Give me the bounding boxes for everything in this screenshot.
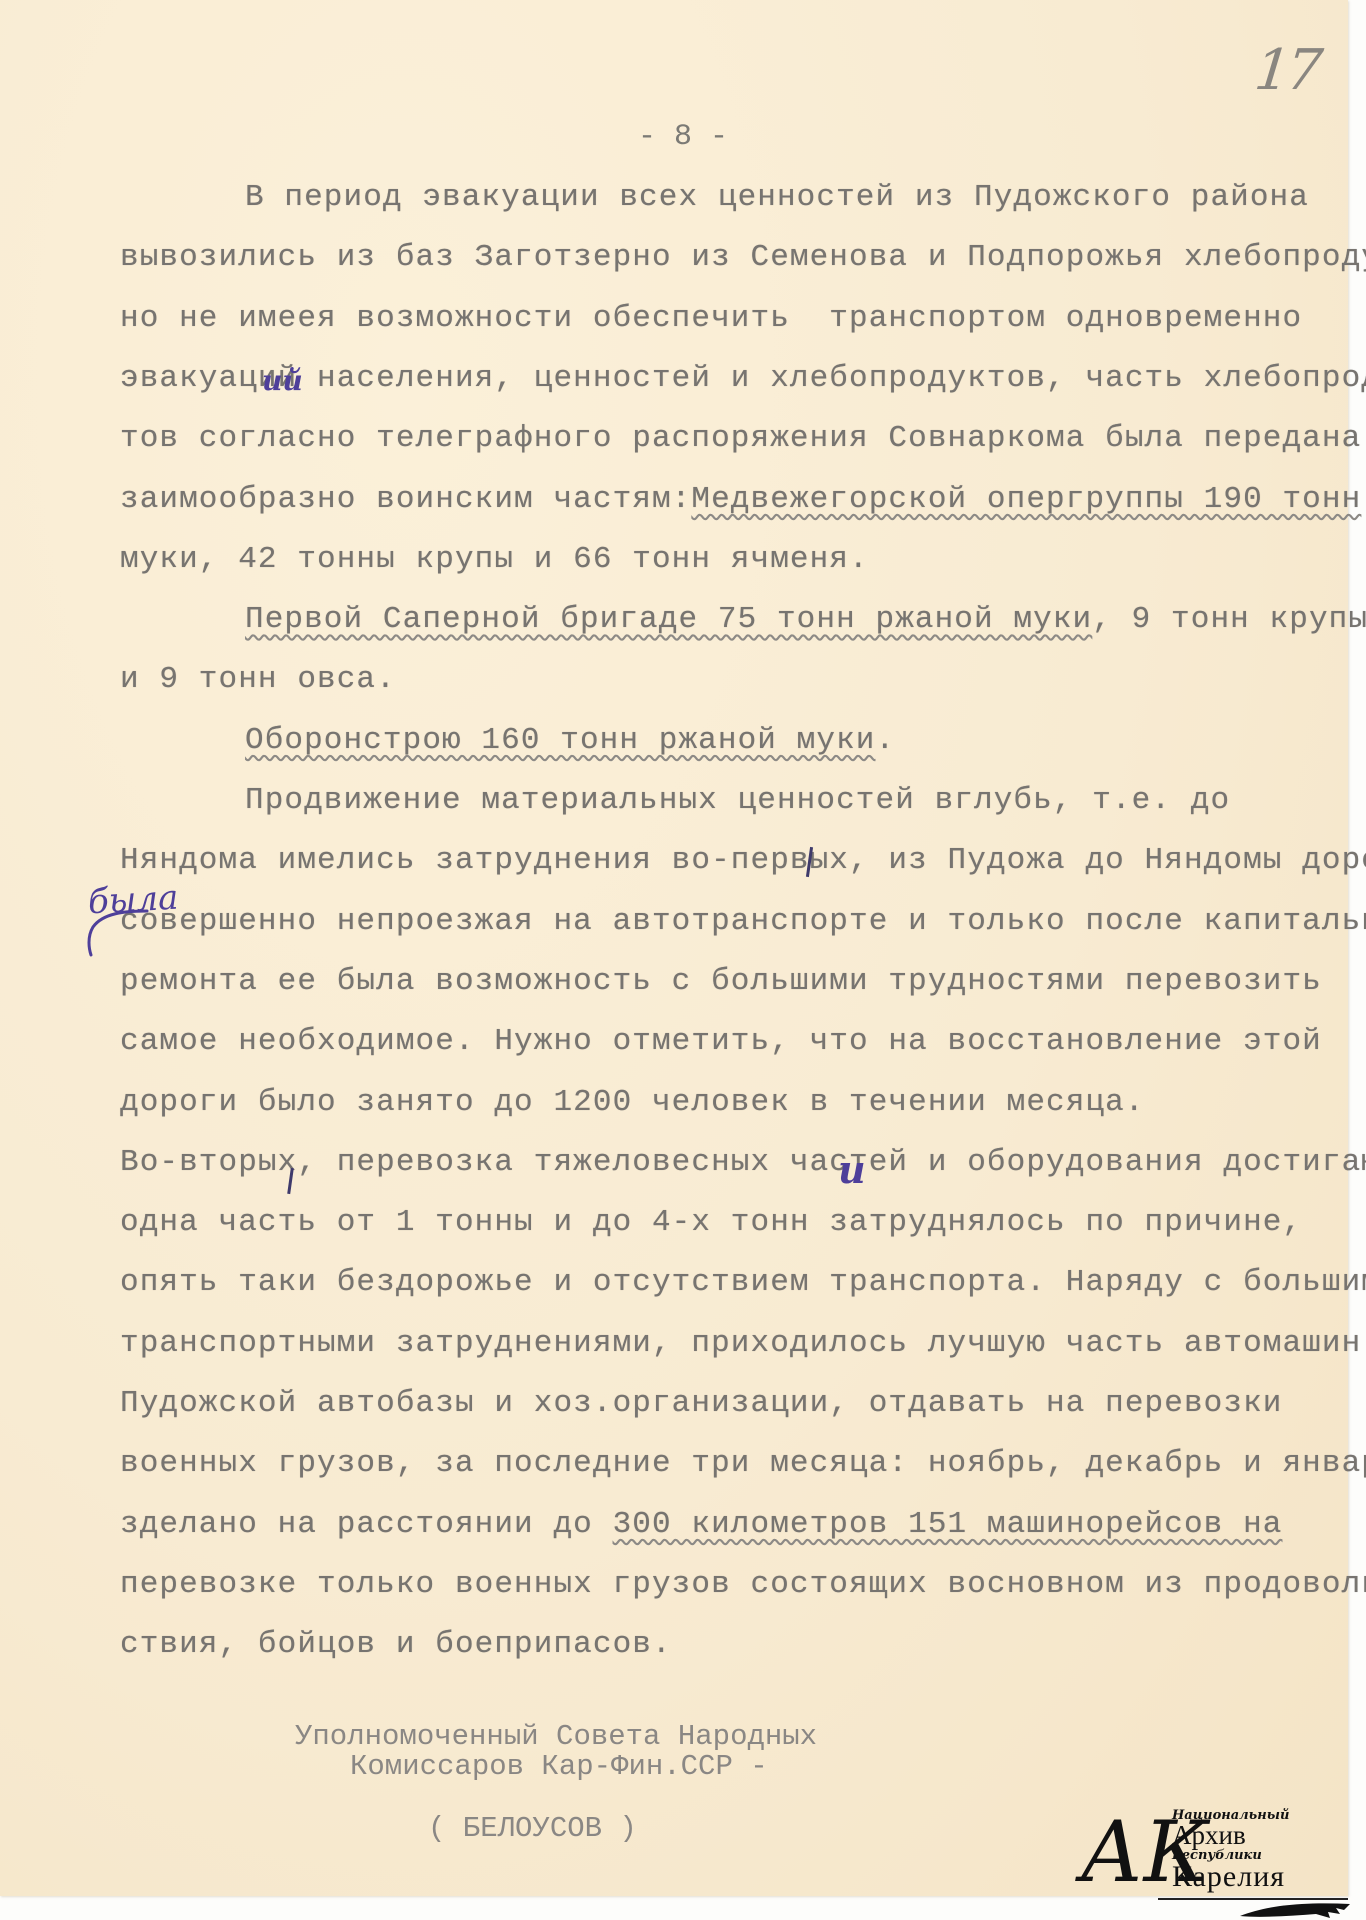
- line-text: вывозились из баз Заготзерно из Семенова…: [120, 240, 1366, 275]
- quill-feather-icon: [1240, 1900, 1350, 1920]
- text-line: дороги было занято до 1200 человек в теч…: [120, 1085, 1145, 1120]
- line-text: перевозке только военных грузов состоящи…: [120, 1567, 1366, 1602]
- line-text: заимообразно воинским частям:: [120, 482, 691, 517]
- line-text: Няндома имелись затруднения во-первых, и…: [120, 843, 1366, 878]
- line-text: ствия, бойцов и боеприпасов.: [120, 1627, 672, 1662]
- line-text: и 9 тонн овса.: [120, 662, 396, 697]
- line-text: В период эвакуации всех ценностей из Пуд…: [245, 180, 1309, 215]
- text-line: В период эвакуации всех ценностей из Пуд…: [245, 180, 1309, 215]
- line-text: тов согласно телеграфного распоряжения С…: [120, 421, 1366, 456]
- signature-title-line1: Уполномоченный Совета Народных: [295, 1720, 817, 1753]
- underlined-text: Медвежегорской опергруппы 190 тонн: [691, 482, 1361, 517]
- text-line: одна часть от 1 тонны и до 4-х тонн затр…: [120, 1205, 1302, 1240]
- line-text: Пудожской автобазы и хоз.организации, от…: [120, 1386, 1282, 1421]
- document-page: 17 - 8 - В период эвакуации всех ценност…: [0, 0, 1348, 1896]
- line-text-after: .: [876, 723, 896, 758]
- text-line: эвакуаций населения, ценностей и хлебопр…: [120, 361, 1366, 396]
- text-line: самое необходимое. Нужно отметить, что н…: [120, 1024, 1322, 1059]
- handwritten-correction-iy: ий: [262, 364, 303, 397]
- text-line: зделано на расстоянии до 300 километров …: [120, 1507, 1282, 1542]
- underlined-text: Первой Саперной бригаде 75 тонн ржаной м…: [245, 602, 1092, 637]
- line-text: опять таки бездорожье и отсутствием тран…: [120, 1265, 1366, 1300]
- text-line: и 9 тонн овса.: [120, 662, 396, 697]
- underlined-text: 300 километров 151 машинорейсов на: [613, 1507, 1283, 1542]
- text-line: военных грузов, за последние три месяца:…: [120, 1446, 1366, 1481]
- text-line: но не имеея возможности обеспечить транс…: [120, 301, 1302, 336]
- text-line: муки, 42 тонны крупы и 66 тонн ячменя.: [120, 542, 869, 577]
- text-line: Во-вторых, перевозка тяжеловесных частей…: [120, 1145, 1366, 1180]
- line-text: ремонта ее была возможность с большими т…: [120, 964, 1322, 999]
- handwritten-insertion-mark: [85, 905, 155, 965]
- watermark-line2: Архив: [1172, 1822, 1246, 1849]
- line-text: транспортными затруднениями, приходилось…: [120, 1326, 1361, 1361]
- line-text: военных грузов, за последние три месяца:…: [120, 1446, 1366, 1481]
- signature-title-line2: Комиссаров Кар-Фин.ССР -: [350, 1750, 768, 1783]
- underlined-text: Оборонстрою 160 тонн ржаной муки: [245, 723, 876, 758]
- folio-number: 17: [1252, 38, 1322, 103]
- page-number: - 8 -: [0, 120, 1366, 154]
- line-text: но не имеея возможности обеспечить транс…: [120, 301, 1302, 336]
- text-line: ствия, бойцов и боеприпасов.: [120, 1627, 672, 1662]
- line-text: зделано на расстоянии до: [120, 1507, 613, 1542]
- text-line: тов согласно телеграфного распоряжения С…: [120, 421, 1366, 456]
- text-line: транспортными затруднениями, приходилось…: [120, 1326, 1361, 1361]
- text-line: Пудожской автобазы и хоз.организации, от…: [120, 1386, 1282, 1421]
- text-line: Первой Саперной бригаде 75 тонн ржаной м…: [245, 602, 1366, 637]
- line-text: самое необходимое. Нужно отметить, что н…: [120, 1024, 1322, 1059]
- text-line: Продвижение материальных ценностей вглуб…: [245, 783, 1230, 818]
- text-line: Няндома имелись затруднения во-первых, и…: [120, 843, 1366, 878]
- handwritten-correction-i: и: [838, 1147, 866, 1192]
- line-text: эвакуаций населения, ценностей и хлебопр…: [120, 361, 1366, 396]
- text-line: заимообразно воинским частям:Медвежегорс…: [120, 482, 1361, 517]
- line-text-after: , 9 тонн крупы: [1092, 602, 1366, 637]
- line-text: одна часть от 1 тонны и до 4-х тонн затр…: [120, 1205, 1302, 1240]
- line-text: дороги было занято до 1200 человек в теч…: [120, 1085, 1145, 1120]
- text-line: ремонта ее была возможность с большими т…: [120, 964, 1322, 999]
- line-text: муки, 42 тонны крупы и 66 тонн ячменя.: [120, 542, 869, 577]
- watermark-line4: Карелия: [1172, 1862, 1285, 1892]
- archive-watermark-logo: АК Национальный Архив Республики Карелия: [1080, 1800, 1350, 1920]
- signature-name: ( БЕЛОУСОВ ): [428, 1812, 637, 1845]
- line-text: совершенно непроезжая на автотранспорте …: [120, 904, 1366, 939]
- line-text: Во-вторых, перевозка тяжеловесных частей…: [120, 1145, 1366, 1180]
- line-text: Продвижение материальных ценностей вглуб…: [245, 783, 1230, 818]
- text-line: совершенно непроезжая на автотранспорте …: [120, 904, 1366, 939]
- text-line: опять таки бездорожье и отсутствием тран…: [120, 1265, 1366, 1300]
- text-line: Оборонстрою 160 тонн ржаной муки.: [245, 723, 895, 758]
- text-line: вывозились из баз Заготзерно из Семенова…: [120, 240, 1366, 275]
- text-line: перевозке только военных грузов состоящи…: [120, 1567, 1366, 1602]
